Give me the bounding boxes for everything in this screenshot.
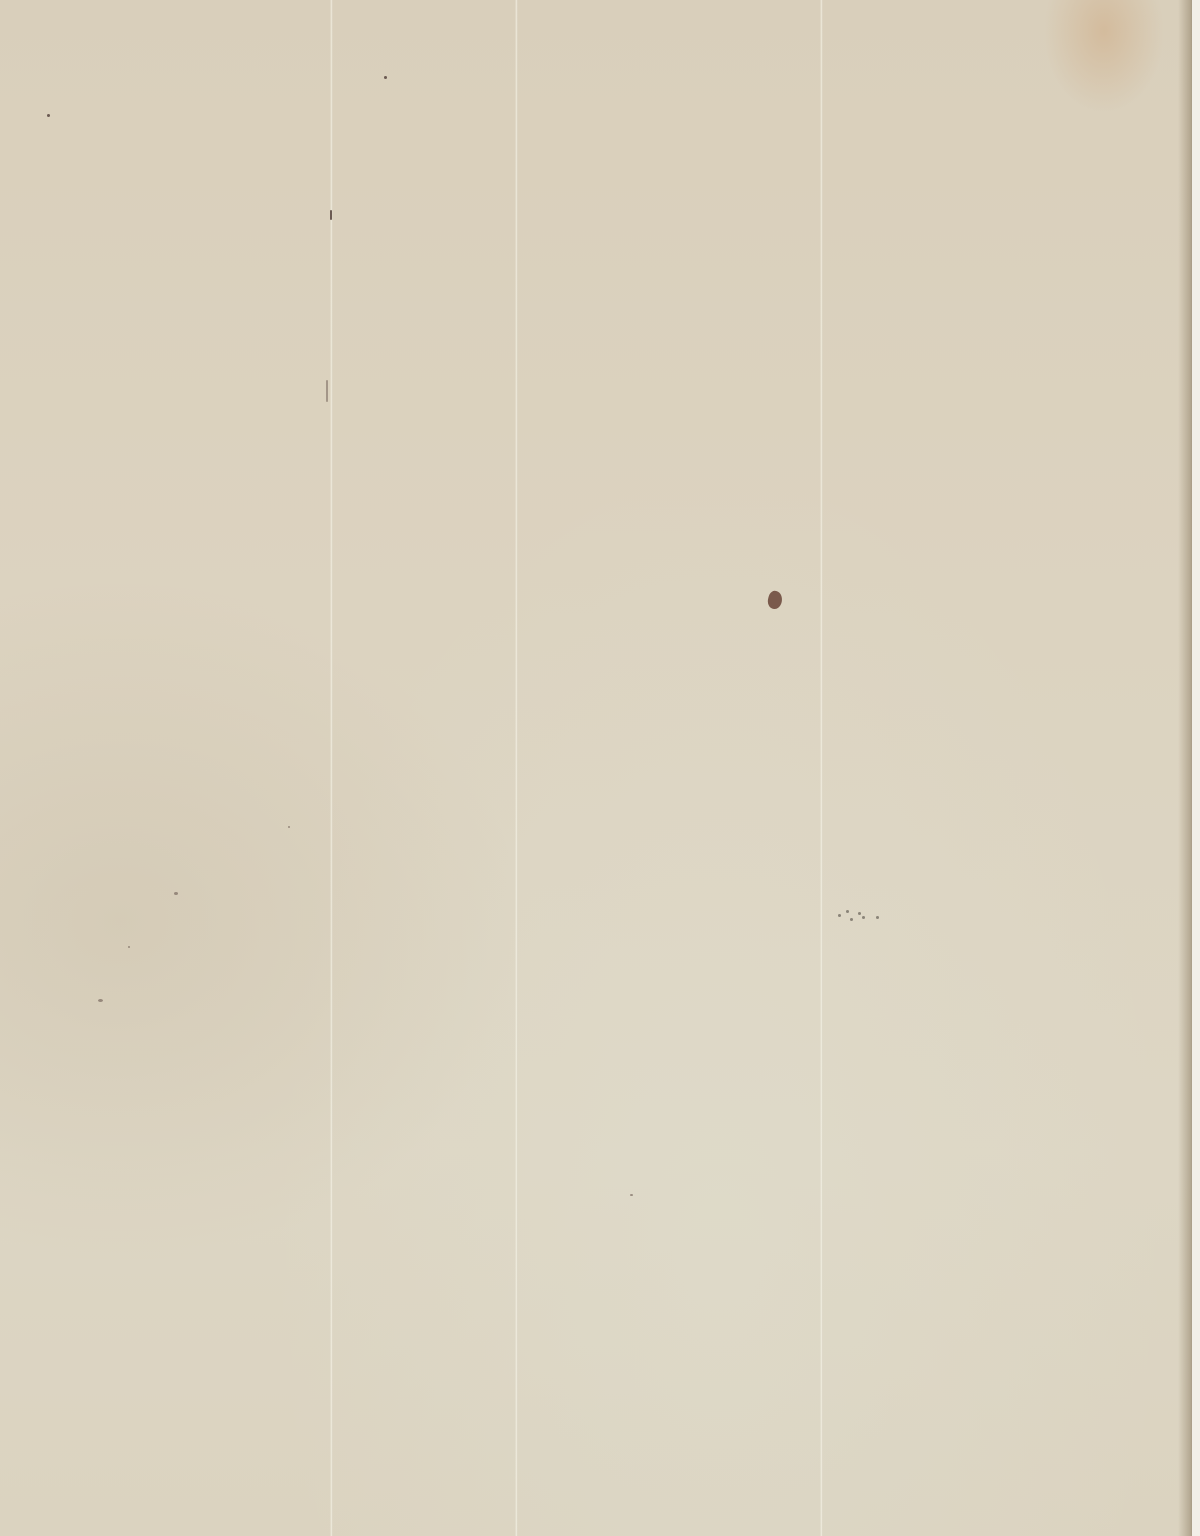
speck xyxy=(174,892,178,895)
page-edge xyxy=(1192,0,1200,1536)
speck-cluster xyxy=(836,906,886,926)
speck xyxy=(326,380,328,402)
fold-crease xyxy=(330,0,333,1536)
speck xyxy=(128,946,130,948)
speck xyxy=(288,826,290,828)
speck xyxy=(384,76,387,79)
speck xyxy=(330,210,332,220)
blank-paper-page xyxy=(0,0,1200,1536)
fold-crease xyxy=(820,0,823,1536)
ink-stain xyxy=(766,589,784,610)
fold-crease xyxy=(515,0,518,1536)
speck xyxy=(630,1194,633,1196)
speck xyxy=(98,999,103,1002)
speck xyxy=(47,114,50,117)
